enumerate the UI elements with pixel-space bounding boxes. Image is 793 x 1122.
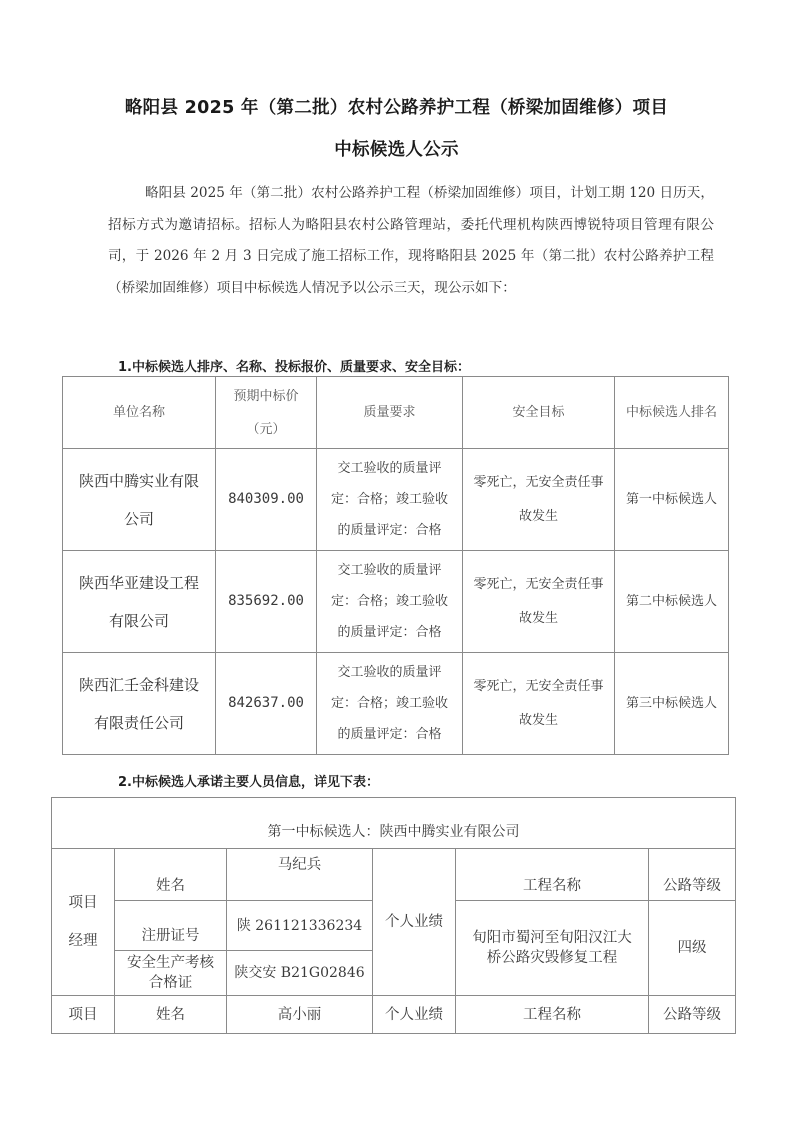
quality-cell: 交工验收的质量评 定：合格；竣工验收 的质量评定：合格	[317, 653, 463, 755]
safety-line: 零死亡，无安全责任事	[466, 568, 611, 602]
company-name-line: 有限公司	[66, 602, 212, 640]
safety-line: 故发生	[466, 704, 611, 738]
price-cell: 840309.00	[216, 449, 317, 551]
safety-line: 零死亡，无安全责任事	[466, 670, 611, 704]
safety-cell: 零死亡，无安全责任事 故发生	[463, 449, 615, 551]
col-header-safety: 安全目标	[463, 377, 615, 449]
rank-cell: 第二中标候选人	[615, 551, 729, 653]
safety-cell: 零死亡，无安全责任事 故发生	[463, 551, 615, 653]
safety-line: 故发生	[466, 500, 611, 534]
table-row: 项目 经理 姓名 马纪兵 个人业绩 工程名称 公路等级	[52, 849, 736, 901]
document-subtitle: 中标候选人公示	[0, 136, 793, 161]
safety-line: 故发生	[466, 602, 611, 636]
performance-label-cell: 个人业绩	[373, 849, 456, 996]
company-cell: 陕西华亚建设工程 有限公司	[63, 551, 216, 653]
quality-line: 的质量评定：合格	[320, 515, 459, 546]
intro-paragraph: 略阳县 2025 年（第二批）农村公路养护工程（桥梁加固维修）项目，计划工期 1…	[108, 178, 714, 304]
quality-line: 定：合格；竣工验收	[320, 484, 459, 515]
price-cell: 842637.00	[216, 653, 317, 755]
company-name-line: 陕西中腾实业有限	[66, 462, 212, 500]
project-name-header-cell: 工程名称	[456, 996, 649, 1034]
table-row: 项目 姓名 高小丽 个人业绩 工程名称 公路等级	[52, 996, 736, 1034]
name-value-cell: 高小丽	[227, 996, 373, 1034]
road-grade-header-cell: 公路等级	[649, 849, 736, 901]
role-cell: 项目 经理	[52, 849, 115, 996]
document-title: 略阳县 2025 年（第二批）农村公路养护工程（桥梁加固维修）项目	[0, 94, 793, 119]
quality-line: 的质量评定：合格	[320, 617, 459, 648]
name-label-cell: 姓名	[115, 849, 227, 901]
road-grade-cell: 四级	[649, 901, 736, 996]
safety-cell: 零死亡，无安全责任事 故发生	[463, 653, 615, 755]
section2-heading: 2.中标候选人承诺主要人员信息，详见下表：	[118, 771, 379, 790]
section1-heading: 1.中标候选人排序、名称、投标报价、质量要求、安全目标：	[118, 356, 470, 375]
name-label-cell: 姓名	[115, 996, 227, 1034]
quality-line: 交工验收的质量评	[320, 453, 459, 484]
safety-cert-label-line: 安全生产考核	[118, 953, 223, 973]
safety-cert-value-cell: 陕交安 B21G02846	[227, 951, 373, 996]
col-header-price-unit: （元）	[219, 413, 313, 446]
quality-line: 交工验收的质量评	[320, 555, 459, 586]
rank-cell: 第三中标候选人	[615, 653, 729, 755]
role-cell: 项目	[52, 996, 115, 1034]
table-row: 陕西中腾实业有限 公司 840309.00 交工验收的质量评 定：合格；竣工验收…	[63, 449, 729, 551]
company-name-line: 陕西汇壬金科建设	[66, 666, 212, 704]
col-header-price: 预期中标价 （元）	[216, 377, 317, 449]
personnel-table: 第一中标候选人：陕西中腾实业有限公司 项目 经理 姓名 马纪兵 个人业绩 工程名…	[51, 797, 736, 1034]
project-name-cell: 旬阳市蜀河至旬阳汉江大 桥公路灾毁修复工程	[456, 901, 649, 996]
road-grade-header-cell: 公路等级	[649, 996, 736, 1034]
company-name-line: 公司	[66, 500, 212, 538]
table-header-row: 单位名称 预期中标价 （元） 质量要求 安全目标 中标候选人排名	[63, 377, 729, 449]
personnel-caption-row: 第一中标候选人：陕西中腾实业有限公司	[52, 798, 736, 849]
candidates-table: 单位名称 预期中标价 （元） 质量要求 安全目标 中标候选人排名 陕西中腾实业有…	[62, 376, 729, 755]
table-row: 陕西汇壬金科建设 有限责任公司 842637.00 交工验收的质量评 定：合格；…	[63, 653, 729, 755]
role-line: 项目	[55, 884, 111, 922]
cert-label-cell: 注册证号	[115, 901, 227, 951]
rank-cell: 第一中标候选人	[615, 449, 729, 551]
quality-line: 定：合格；竣工验收	[320, 688, 459, 719]
safety-line: 零死亡，无安全责任事	[466, 466, 611, 500]
quality-line: 交工验收的质量评	[320, 657, 459, 688]
col-header-price-label: 预期中标价	[219, 380, 313, 413]
quality-cell: 交工验收的质量评 定：合格；竣工验收 的质量评定：合格	[317, 449, 463, 551]
price-cell: 835692.00	[216, 551, 317, 653]
company-cell: 陕西中腾实业有限 公司	[63, 449, 216, 551]
table-row: 陕西华亚建设工程 有限公司 835692.00 交工验收的质量评 定：合格；竣工…	[63, 551, 729, 653]
col-header-quality: 质量要求	[317, 377, 463, 449]
col-header-rank: 中标候选人排名	[615, 377, 729, 449]
project-name-line: 桥公路灾毁修复工程	[459, 948, 645, 968]
quality-line: 定：合格；竣工验收	[320, 586, 459, 617]
col-header-company: 单位名称	[63, 377, 216, 449]
company-cell: 陕西汇壬金科建设 有限责任公司	[63, 653, 216, 755]
role-line: 经理	[55, 922, 111, 960]
cert-value-cell: 陕 261121336234	[227, 901, 373, 951]
quality-line: 的质量评定：合格	[320, 719, 459, 750]
company-name-line: 陕西华亚建设工程	[66, 564, 212, 602]
project-name-header-cell: 工程名称	[456, 849, 649, 901]
personnel-caption: 第一中标候选人：陕西中腾实业有限公司	[52, 798, 736, 849]
performance-label-cell: 个人业绩	[373, 996, 456, 1034]
safety-cert-label-cell: 安全生产考核 合格证	[115, 951, 227, 996]
project-name-line: 旬阳市蜀河至旬阳汉江大	[459, 928, 645, 948]
safety-cert-label-line: 合格证	[118, 973, 223, 993]
quality-cell: 交工验收的质量评 定：合格；竣工验收 的质量评定：合格	[317, 551, 463, 653]
name-value-cell: 马纪兵	[227, 849, 373, 901]
company-name-line: 有限责任公司	[66, 704, 212, 742]
